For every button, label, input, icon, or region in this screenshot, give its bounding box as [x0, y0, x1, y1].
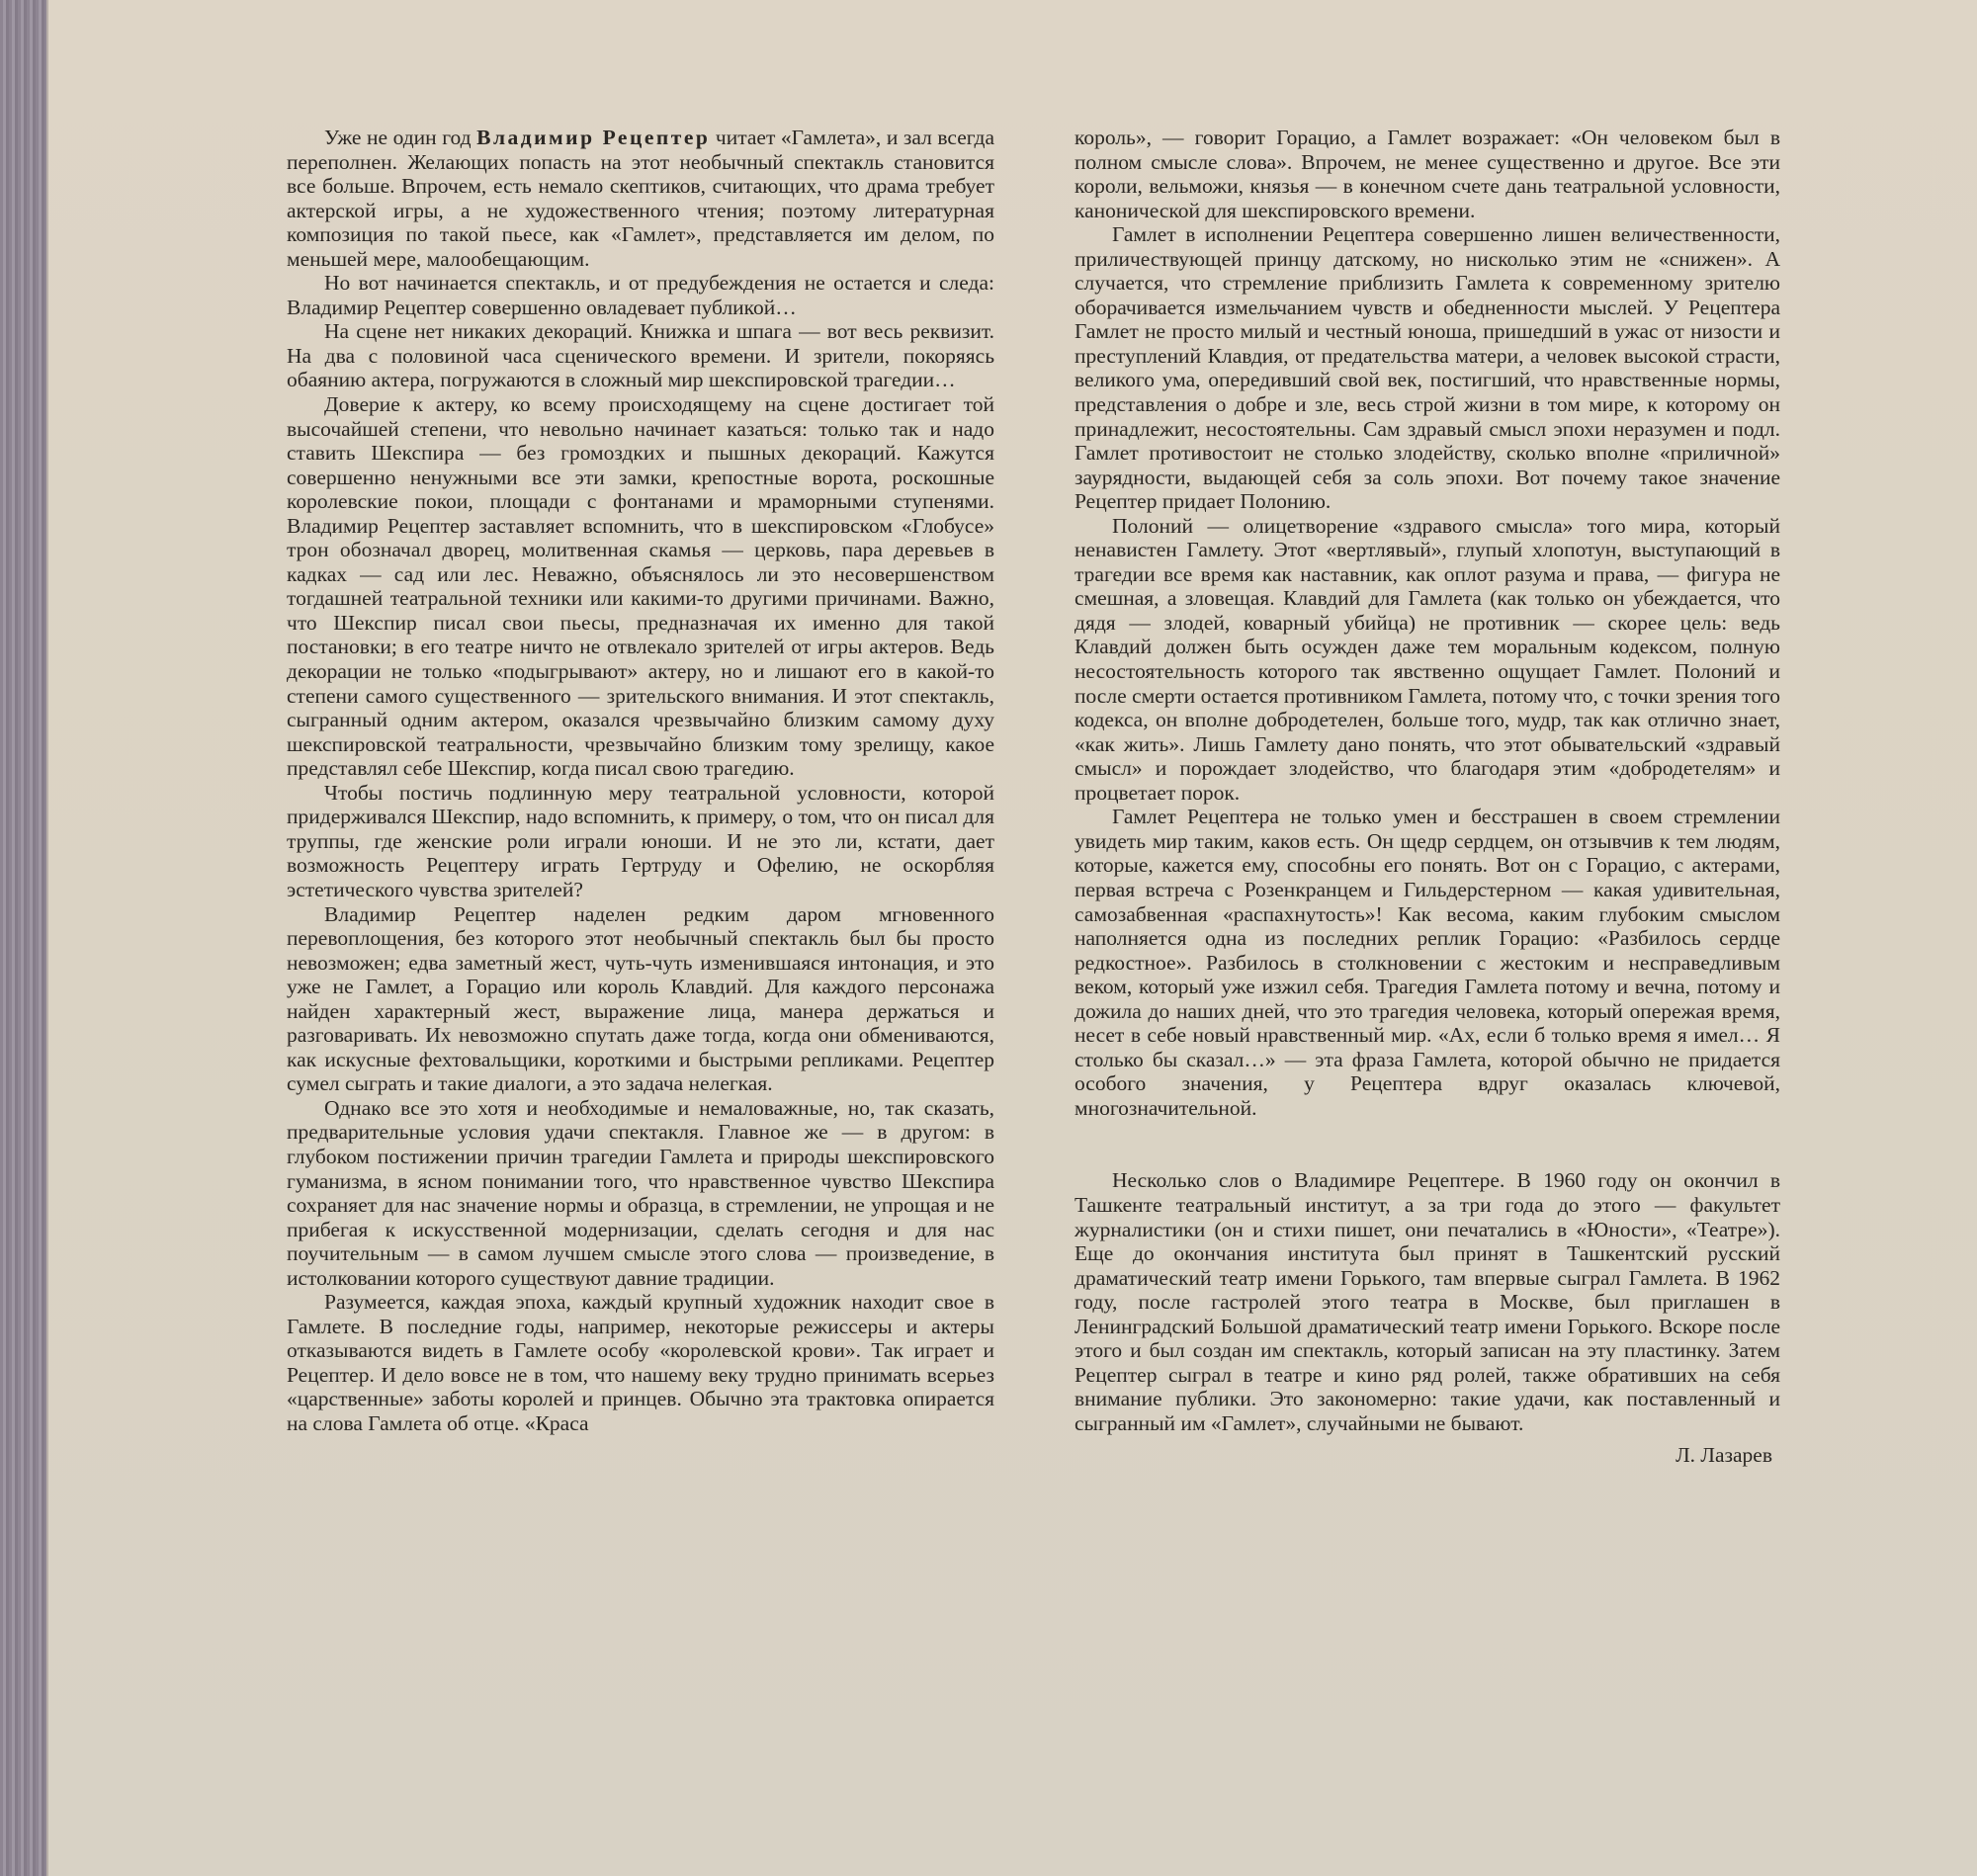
paragraph-10: Полоний — олицетворение «здравого смысла…: [1074, 514, 1780, 806]
album-spine: [0, 0, 46, 1876]
paragraph-6: Владимир Рецептер наделен редким даром м…: [287, 902, 994, 1096]
paragraph-3: На сцене нет никаких декораций. Книжка и…: [287, 319, 994, 392]
paragraph-4: Доверие к актеру, ко всему происходящему…: [287, 392, 994, 781]
paragraph-9: Гамлет в исполнении Рецептера совершенно…: [1074, 222, 1780, 514]
intro-text: Уже не один год: [324, 126, 476, 149]
paragraph-11: Гамлет Рецептера не только умен и бесстр…: [1074, 805, 1780, 1120]
paragraph-7: Однако все это хотя и необходимые и нема…: [287, 1096, 994, 1290]
paragraph-2: Но вот начинается спектакль, и от предуб…: [287, 271, 994, 319]
biography-paragraph: Несколько слов о Владимире Рецептере. В …: [1074, 1168, 1780, 1435]
left-text-column: Уже не один год Владимир Рецептер читает…: [287, 126, 994, 1436]
paragraph-8: Разумеется, каждая эпоха, каждый крупный…: [287, 1290, 994, 1435]
author-name: Владимир Рецептер: [476, 126, 710, 149]
paragraph-5: Чтобы постичь подлинную меру театральной…: [287, 781, 994, 902]
right-text-column: король», — говорит Горацио, а Гамлет воз…: [1074, 126, 1780, 1468]
paragraph-8-continued: король», — говорит Горацио, а Гамлет воз…: [1074, 126, 1780, 222]
paragraph-1: Уже не один год Владимир Рецептер читает…: [287, 126, 994, 271]
author-signature: Л. Лазарев: [1074, 1443, 1780, 1468]
